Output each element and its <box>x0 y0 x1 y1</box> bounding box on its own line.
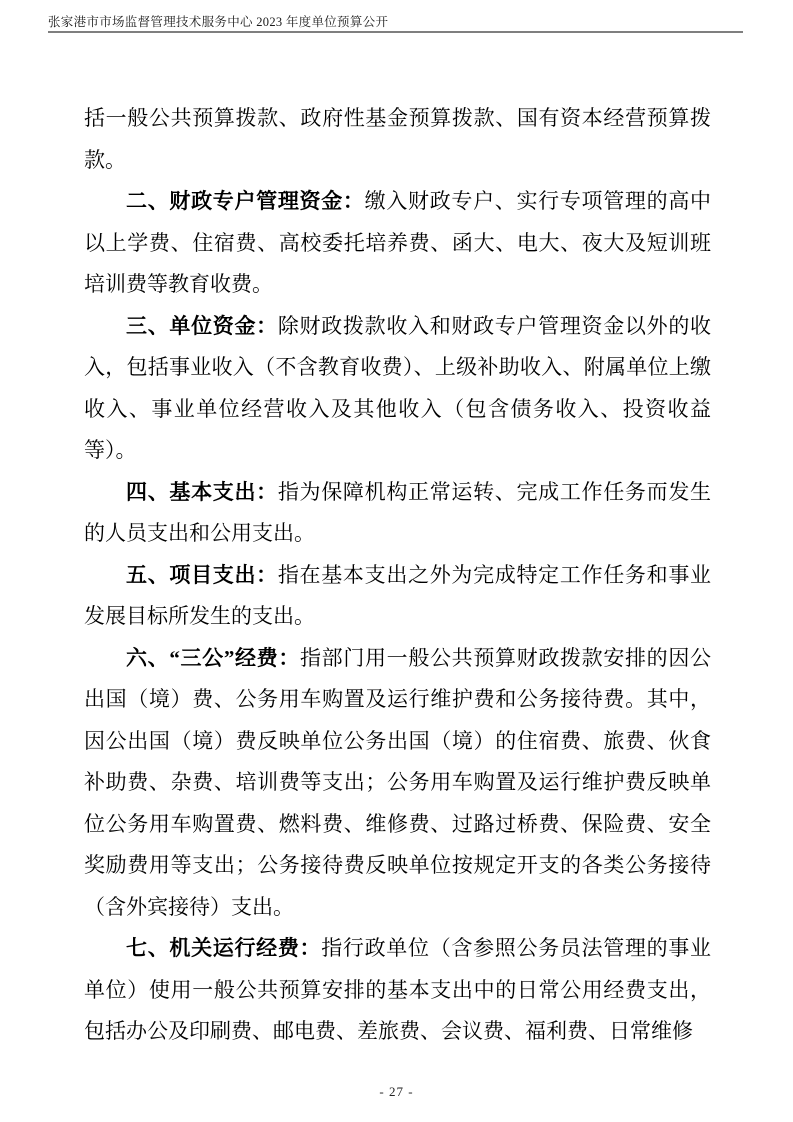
document-body: 括一般公共预算拨款、政府性基金预算拨款、国有资本经营预算拨款。 二、财政专户管理… <box>84 98 711 1053</box>
paragraph-lead: 二、财政专户管理资金： <box>126 189 365 213</box>
paragraph-lead: 六、“三公”经费： <box>126 646 300 670</box>
paragraph: 括一般公共预算拨款、政府性基金预算拨款、国有资本经营预算拨款。 <box>84 98 711 181</box>
paragraph: 三、单位资金：除财政拨款收入和财政专户管理资金以外的收入，包括事业收入（不含教育… <box>84 306 711 472</box>
paragraph: 四、基本支出：指为保障机构正常运转、完成工作任务而发生的人员支出和公用支出。 <box>84 472 711 555</box>
document-page: 张家港市市场监督管理技术服务中心 2023 年度单位预算公开 括一般公共预算拨款… <box>0 0 793 1122</box>
paragraph-lead: 三、单位资金： <box>126 314 278 338</box>
page-number: - 27 - <box>379 1084 413 1099</box>
paragraph-text: 括一般公共预算拨款、政府性基金预算拨款、国有资本经营预算拨款。 <box>84 106 711 172</box>
paragraph-lead: 四、基本支出： <box>126 480 278 504</box>
paragraph-lead: 五、项目支出： <box>126 563 278 587</box>
header-rule <box>48 31 743 33</box>
paragraph: 五、项目支出：指在基本支出之外为完成特定工作任务和事业发展目标所发生的支出。 <box>84 555 711 638</box>
paragraph: 六、“三公”经费：指部门用一般公共预算财政拨款安排的因公出国（境）费、公务用车购… <box>84 638 711 929</box>
page-footer: - 27 - <box>0 1083 793 1101</box>
header-title: 张家港市市场监督管理技术服务中心 2023 年度单位预算公开 <box>48 14 388 30</box>
paragraph: 七、机关运行经费：指行政单位（含参照公务员法管理的事业单位）使用一般公共预算安排… <box>84 928 711 1053</box>
paragraph: 二、财政专户管理资金：缴入财政专户、实行专项管理的高中以上学费、住宿费、高校委托… <box>84 181 711 306</box>
paragraph-text: 指部门用一般公共预算财政拨款安排的因公出国（境）费、公务用车购置及运行维护费和公… <box>84 646 711 919</box>
paragraph-lead: 七、机关运行经费： <box>126 936 321 960</box>
